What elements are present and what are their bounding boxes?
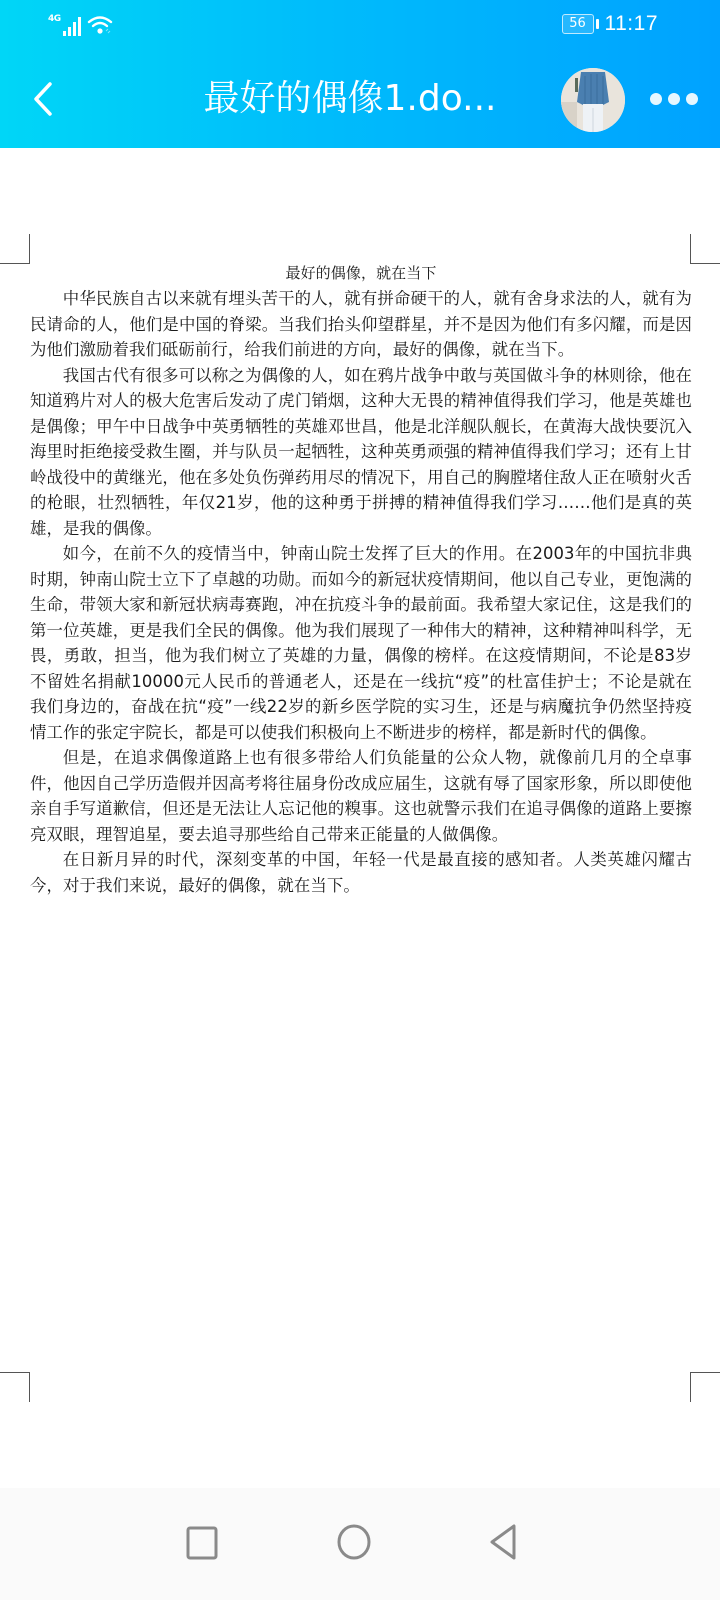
nav-back-button[interactable]	[482, 1520, 526, 1564]
signal-bars-icon	[63, 16, 81, 36]
system-navigation-bar	[0, 1488, 720, 1600]
paragraph: 但是，在追求偶像道路上也有很多带给人们负能量的公众人物，就像前几月的仝卓事件，他…	[30, 745, 692, 847]
clock: 11:17	[605, 12, 659, 36]
page-corner-mark-top-left	[0, 234, 30, 264]
document-body: 最好的偶像，就在当下 中华民族自古以来就有埋头苦干的人，就有拼命硬干的人，就有舍…	[30, 260, 692, 898]
battery-tip	[596, 19, 599, 29]
square-recents-icon	[180, 1520, 224, 1564]
chevron-left-icon	[26, 74, 66, 124]
triangle-back-icon	[482, 1520, 526, 1564]
battery-level: 56	[569, 16, 586, 31]
page-corner-mark-top-right	[690, 234, 720, 264]
paragraph: 如今，在前不久的疫情当中，钟南山院士发挥了巨大的作用。在2003年的中国抗非典时…	[30, 541, 692, 745]
circle-home-icon	[332, 1520, 376, 1564]
user-avatar[interactable]	[561, 68, 625, 132]
more-dot-icon	[650, 93, 662, 105]
wifi-icon	[87, 14, 113, 36]
page-corner-mark-bottom-right	[690, 1372, 720, 1402]
paragraph: 我国古代有很多可以称之为偶像的人，如在鸦片战争中敢与英国做斗争的林则徐，他在知道…	[30, 363, 692, 542]
app-header: 4G 56 11:17 最好的偶像1.do...	[0, 0, 720, 148]
more-options-button[interactable]	[650, 84, 700, 114]
avatar-image-icon	[561, 68, 625, 132]
more-dot-icon	[686, 93, 698, 105]
battery-icon: 56	[562, 14, 594, 34]
network-type: 4G	[48, 14, 61, 24]
home-button[interactable]	[332, 1520, 376, 1564]
document-title: 最好的偶像1.do...	[170, 74, 530, 124]
title-bar: 最好的偶像1.do...	[0, 60, 720, 140]
page-corner-mark-bottom-left	[0, 1372, 30, 1402]
back-button[interactable]	[26, 74, 66, 124]
status-left: 4G	[48, 10, 113, 36]
status-right: 56 11:17	[562, 12, 659, 36]
document-heading: 最好的偶像，就在当下	[30, 260, 692, 286]
status-bar: 4G 56 11:17	[0, 0, 720, 48]
more-dot-icon	[668, 93, 680, 105]
recents-button[interactable]	[180, 1520, 224, 1564]
paragraph: 中华民族自古以来就有埋头苦干的人，就有拼命硬干的人，就有舍身求法的人，就有为民请…	[30, 286, 692, 363]
paragraph: 在日新月异的时代，深刻变革的中国，年轻一代是最直接的感知者。人类英雄闪耀古今，对…	[30, 847, 692, 898]
